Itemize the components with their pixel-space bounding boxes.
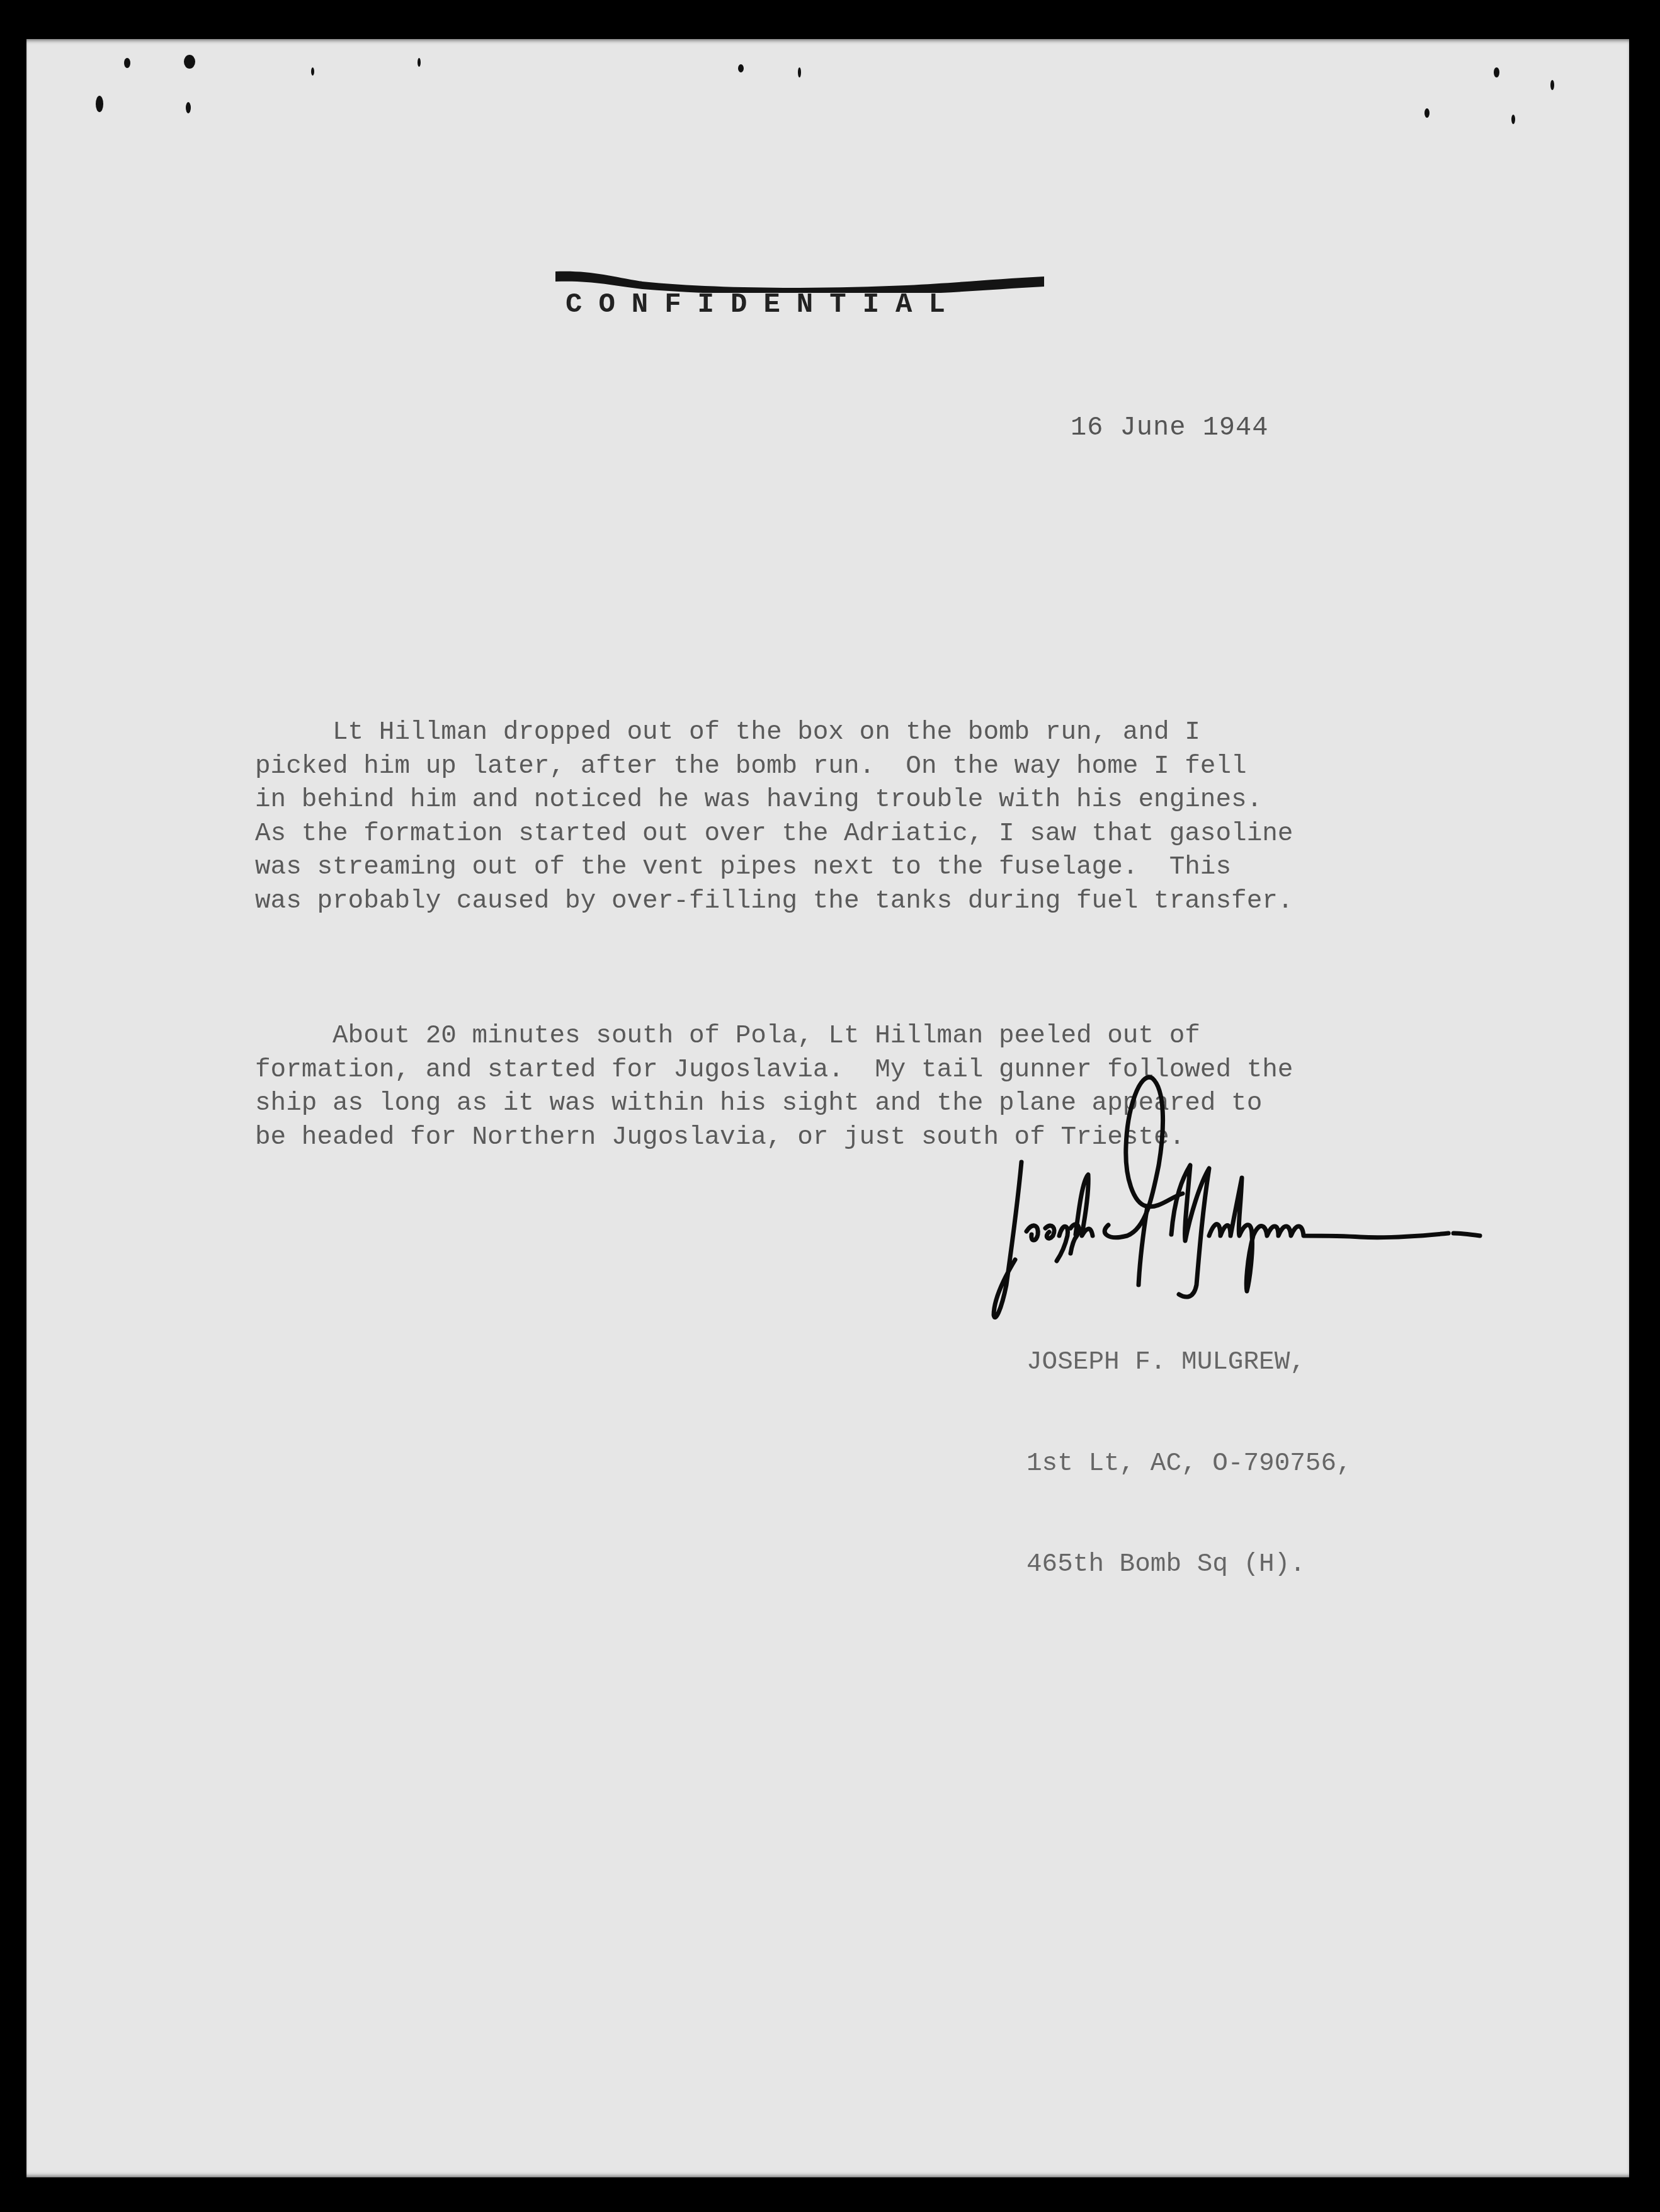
scan-speck bbox=[1494, 67, 1499, 77]
signer-rank-serial: 1st Lt, AC, O-790756, bbox=[1026, 1447, 1352, 1481]
scan-speck bbox=[1550, 80, 1554, 90]
scan-speck bbox=[1511, 115, 1515, 124]
strikeout-mark bbox=[554, 268, 1045, 293]
paragraph-1: Lt Hillman dropped out of the box on the… bbox=[255, 716, 1389, 918]
scan-speck bbox=[311, 67, 314, 76]
document-page: CONFIDENTIAL 16 June 1944 Lt Hillman dro… bbox=[26, 39, 1629, 2177]
text-line: was streaming out of the vent pipes next… bbox=[255, 851, 1389, 885]
scan-speck bbox=[96, 96, 103, 112]
signer-name: JOSEPH F. MULGREW, bbox=[1026, 1346, 1352, 1380]
text-line: About 20 minutes south of Pola, Lt Hillm… bbox=[255, 1020, 1389, 1054]
signer-unit: 465th Bomb Sq (H). bbox=[1026, 1548, 1352, 1582]
text-line: in behind him and noticed he was having … bbox=[255, 784, 1389, 818]
text-line: picked him up later, after the bomb run.… bbox=[255, 750, 1389, 784]
scan-speck bbox=[184, 55, 195, 69]
classification-marking: CONFIDENTIAL bbox=[554, 261, 1045, 312]
scan-speck bbox=[418, 58, 421, 67]
classification-text: CONFIDENTIAL bbox=[566, 289, 962, 321]
document-date: 16 June 1944 bbox=[1071, 413, 1268, 443]
text-line: Lt Hillman dropped out of the box on the… bbox=[255, 716, 1389, 750]
scan-speck bbox=[798, 67, 801, 77]
text-line: As the formation started out over the Ad… bbox=[255, 818, 1389, 852]
scan-speck bbox=[186, 102, 191, 113]
scan-speck bbox=[738, 64, 744, 72]
signature-block: JOSEPH F. MULGREW, 1st Lt, AC, O-790756,… bbox=[1026, 1279, 1352, 1650]
scan-speck bbox=[124, 58, 130, 68]
scan-speck bbox=[1424, 108, 1430, 118]
text-line: was probably caused by over-filling the … bbox=[255, 885, 1389, 919]
